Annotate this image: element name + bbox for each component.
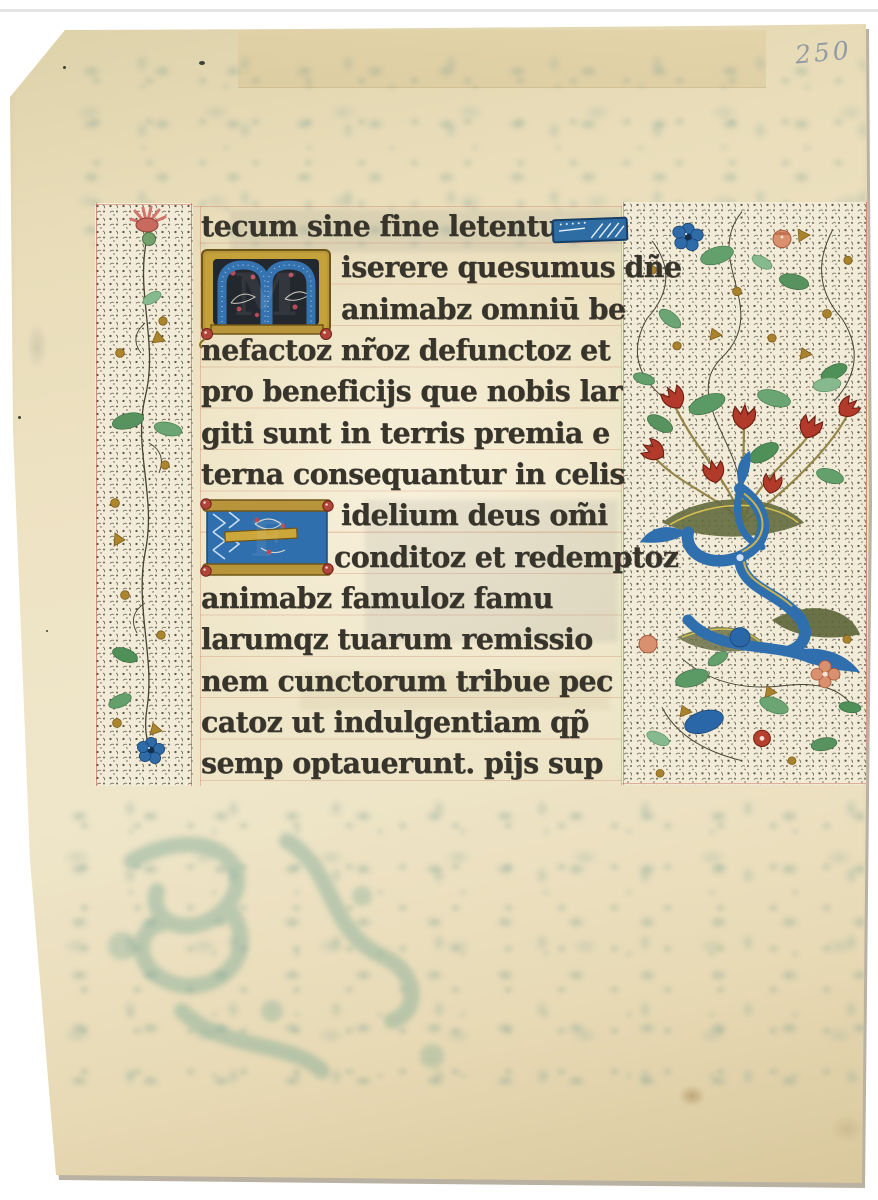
stain-spot	[678, 1085, 706, 1107]
illuminated-initial-M: M	[199, 247, 334, 349]
manuscript-scan: tecum sine fine letentur. iserere quesum…	[0, 0, 878, 1200]
acanthus-knot	[736, 554, 743, 561]
text-line: catoz ut indulgentiam qp̃	[201, 702, 621, 743]
text-line: animabz famuloz famu	[201, 578, 621, 619]
folio-number: 250	[794, 36, 853, 70]
text-line: semp optauerunt. pijs sup	[201, 743, 621, 784]
parchment-leaf: tecum sine fine letentur. iserere quesum…	[0, 0, 878, 1200]
scanner-edge-line	[0, 9, 878, 12]
verso-showthrough-swirls	[62, 806, 532, 1096]
initial-letter: M	[234, 261, 298, 329]
ink-speck	[46, 630, 48, 632]
left-floral-border	[95, 203, 193, 786]
ink-speck	[63, 66, 66, 69]
illuminated-initial-F: F	[199, 496, 335, 580]
text-line: pro beneficijs que nobis lar	[201, 371, 621, 412]
initial-letter: F	[250, 512, 284, 568]
ink-speck	[199, 61, 205, 65]
stain-spot	[26, 322, 48, 370]
red-flower-bottom	[754, 730, 771, 746]
stain-spot	[830, 1115, 864, 1143]
ink-speck	[18, 416, 21, 419]
line-filler	[551, 215, 630, 246]
text-line: giti sunt in terris premia e	[201, 413, 621, 454]
text-line: larumqz tuarum remissio	[201, 619, 621, 660]
right-floral-border	[622, 202, 868, 785]
text-line: nem cunctorum tribue pec	[201, 661, 621, 702]
text-line: terna consequantur in celis	[201, 454, 621, 495]
